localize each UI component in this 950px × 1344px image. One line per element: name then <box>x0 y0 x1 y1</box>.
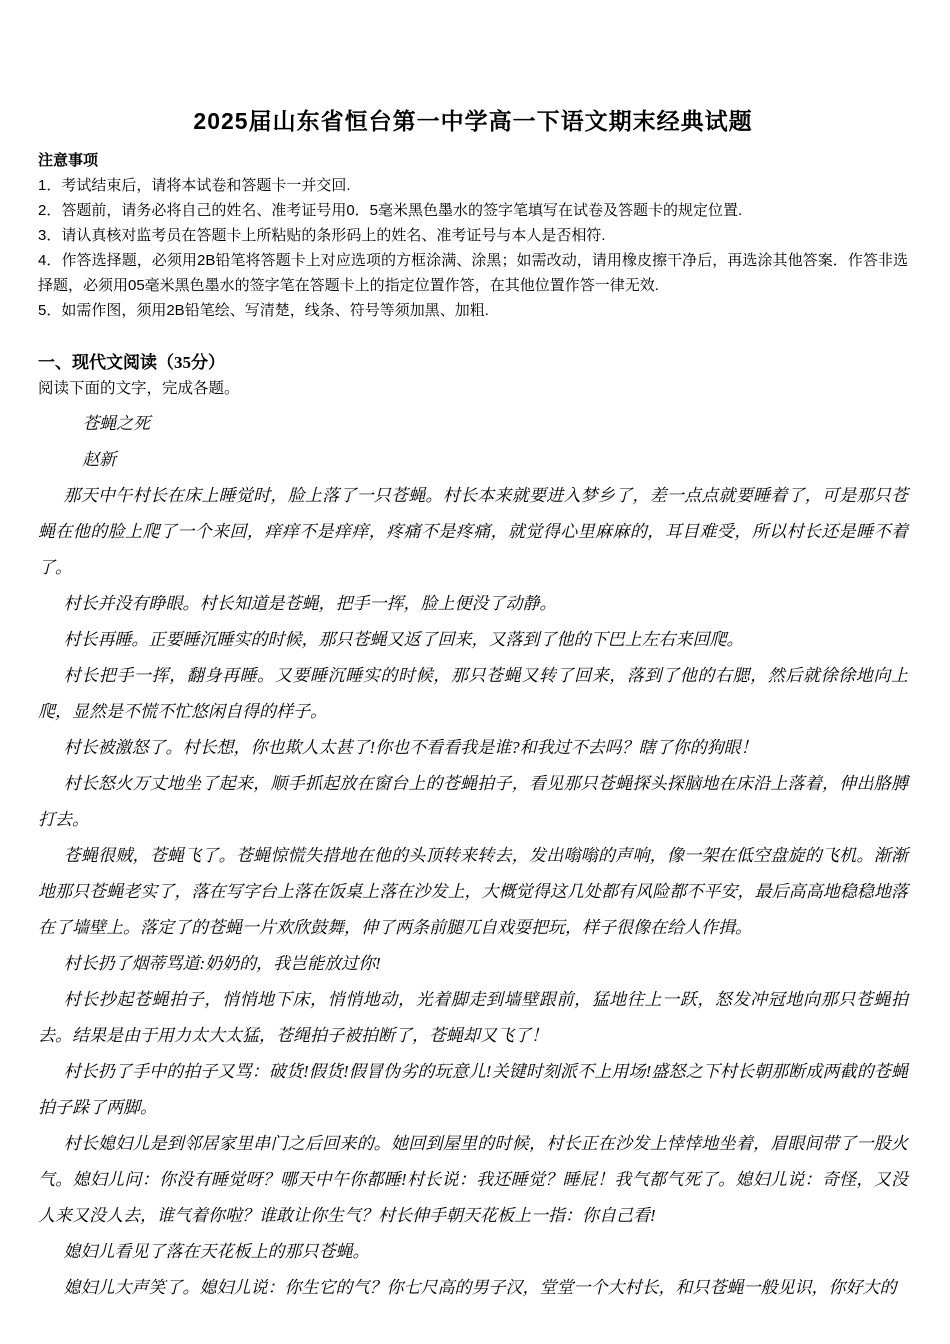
passage-paragraph: 村长媳妇儿是到邻居家里串门之后回来的。她回到屋里的时候，村长正在沙发上悻悻地坐着… <box>38 1126 908 1234</box>
notice-item: 4．作答选择题，必须用2B铅笔将答题卡上对应选项的方框涂满、涂黑；如需改动，请用… <box>38 248 908 298</box>
passage-paragraph: 村长并没有睁眼。村长知道是苍蝇，把手一挥，脸上便没了动静。 <box>38 586 908 622</box>
passage-paragraph: 媳妇儿看见了落在天花板上的那只苍蝇。 <box>38 1234 908 1270</box>
passage-author: 赵新 <box>38 442 908 478</box>
notice-item: 3．请认真核对监考员在答题卡上所粘贴的条形码上的姓名、准考证号与本人是否相符. <box>38 223 908 248</box>
page-title: 2025届山东省恒台第一中学高一下语文期末经典试题 <box>38 104 908 138</box>
notice-item: 2．答题前，请务必将自己的姓名、准考证号用0．5毫米黑色墨水的签字笔填写在试卷及… <box>38 198 908 223</box>
passage-paragraph: 媳妇儿大声笑了。媳妇儿说：你生它的气？你七尺高的男子汉，堂堂一个大村长，和只苍蝇… <box>38 1270 908 1306</box>
passage-paragraph: 村长被激怒了。村长想，你也欺人太甚了!你也不看看我是谁?和我过不去吗？瞎了你的狗… <box>38 730 908 766</box>
passage-paragraph: 村长再睡。正要睡沉睡实的时候，那只苍蝇又返了回来，又落到了他的下巴上左右来回爬。 <box>38 622 908 658</box>
passage-paragraph: 村长抄起苍蝇拍子，悄悄地下床，悄悄地动，光着脚走到墙壁跟前，猛地往上一跃，怒发冲… <box>38 982 908 1054</box>
passage: 苍蝇之死 赵新 那天中午村长在床上睡觉时，脸上落了一只苍蝇。村长本来就要进入梦乡… <box>38 406 908 1306</box>
passage-paragraph: 村长扔了烟蒂骂道:奶奶的，我岂能放过你! <box>38 946 908 982</box>
notice-heading: 注意事项 <box>38 148 908 173</box>
reading-instruction: 阅读下面的文字，完成各题。 <box>38 376 908 402</box>
notice-section: 注意事项 1．考试结束后，请将本试卷和答题卡一并交回.2．答题前，请务必将自己的… <box>38 148 908 323</box>
passage-paragraph: 那天中午村长在床上睡觉时，脸上落了一只苍蝇。村长本来就要进入梦乡了，差一点点就要… <box>38 478 908 586</box>
notice-item: 5．如需作图，须用2B铅笔绘、写清楚，线条、符号等须加黑、加粗. <box>38 298 908 323</box>
passage-paragraph: 村长扔了手中的拍子又骂：破货!假货!假冒伪劣的玩意儿!关键时刻派不上用场!盛怒之… <box>38 1054 908 1126</box>
passage-title: 苍蝇之死 <box>38 406 908 442</box>
section-heading: 一、现代文阅读（35分） <box>38 350 908 376</box>
exam-paper-page: 2025届山东省恒台第一中学高一下语文期末经典试题 注意事项 1．考试结束后，请… <box>0 0 950 1344</box>
passage-paragraphs: 那天中午村长在床上睡觉时，脸上落了一只苍蝇。村长本来就要进入梦乡了，差一点点就要… <box>38 478 908 1306</box>
notice-list: 1．考试结束后，请将本试卷和答题卡一并交回.2．答题前，请务必将自己的姓名、准考… <box>38 173 908 323</box>
passage-paragraph: 苍蝇很贼，苍蝇飞了。苍蝇惊慌失措地在他的头顶转来转去，发出嗡嗡的声响，像一架在低… <box>38 838 908 946</box>
passage-paragraph: 村长把手一挥，翻身再睡。又要睡沉睡实的时候，那只苍蝇又转了回来，落到了他的右腮，… <box>38 658 908 730</box>
passage-paragraph: 村长怒火万丈地坐了起来，顺手抓起放在窗台上的苍蝇拍子，看见那只苍蝇探头探脑地在床… <box>38 766 908 838</box>
notice-item: 1．考试结束后，请将本试卷和答题卡一并交回. <box>38 173 908 198</box>
